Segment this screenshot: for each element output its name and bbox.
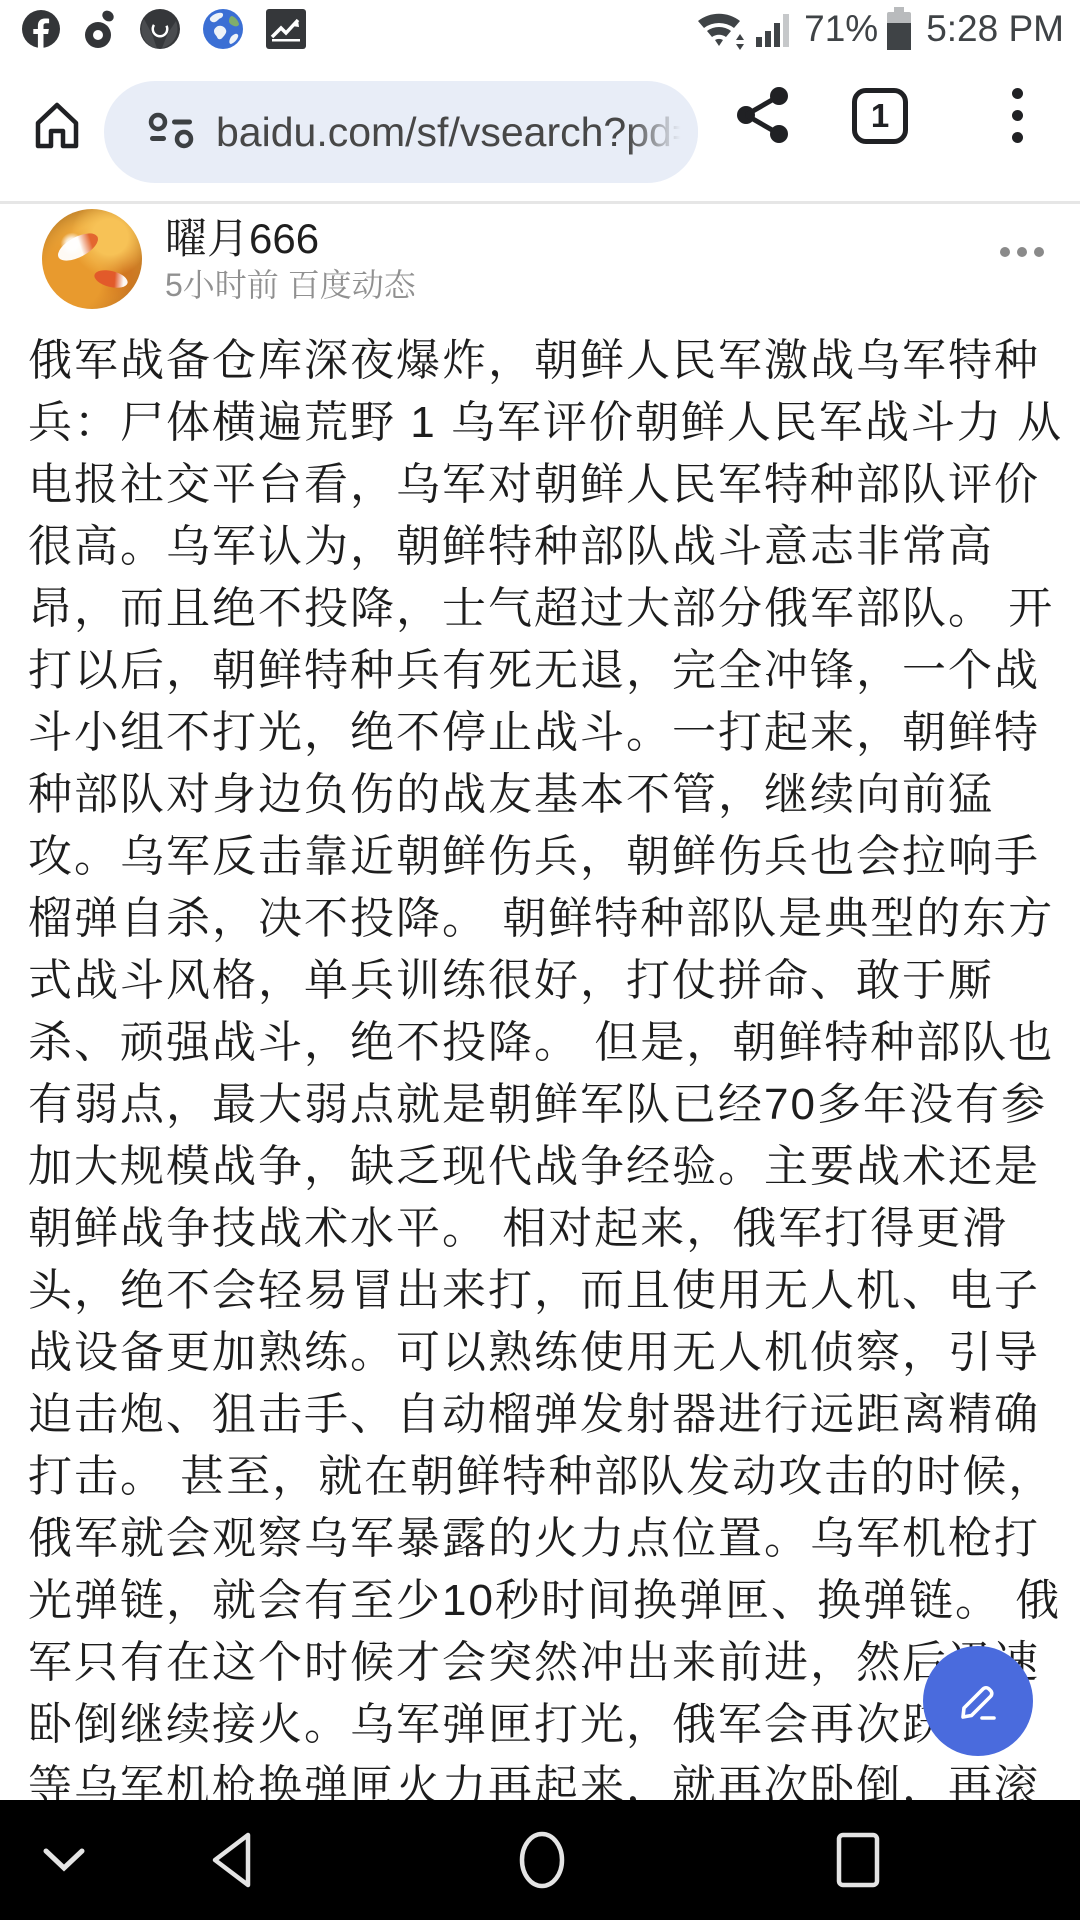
post-header: 曜月666 5小时前 百度动态 <box>0 204 1080 314</box>
post-text-line: 有弱点，最大弱点就是朝鲜军队已经70多年没有参 <box>28 1074 1054 1136</box>
post-text-line: 卧倒继续接火。乌军弹匣打光，俄军会再次跃进 <box>28 1694 1054 1756</box>
post-text-line: 打以后，朝鲜特种兵有死无退，完全冲锋，一个战 <box>28 640 1054 702</box>
post-text-line: 迫击炮、狙击手、自动榴弹发射器进行远距离精确 <box>28 1384 1054 1446</box>
notification-icons <box>22 8 306 50</box>
post-text-line: 朝鲜战争技战术水平。 相对起来，俄军打得更滑 <box>28 1198 1054 1260</box>
post-text-line: 打击。 甚至，就在朝鲜特种部队发动攻击的时候， <box>28 1446 1054 1508</box>
pin-icon <box>82 9 118 49</box>
home-icon[interactable] <box>30 98 84 152</box>
edit-pen-icon <box>952 1675 1004 1727</box>
status-bar: 71% 5:28 PM <box>0 0 1080 56</box>
post-text-line: 种部队对身边负伤的战友基本不管，继续向前猛 <box>28 764 1054 826</box>
stats-icon <box>266 9 306 49</box>
tab-count: 1 <box>871 97 889 135</box>
post-text-line: 兵：尸体横遍荒野 1 乌军评价朝鲜人民军战斗力 从 <box>28 392 1054 454</box>
url-text: baidu.com/sf/vsearch?pd= <box>216 109 696 156</box>
post-text-line: 攻。乌军反击靠近朝鲜伤兵，朝鲜伤兵也会拉响手 <box>28 826 1054 888</box>
clock: 5:28 PM <box>926 8 1064 50</box>
phone-screen: 71% 5:28 PM baidu.com/sf/vsearch?pd= 1 曜… <box>0 0 1080 1920</box>
browser-menu-button[interactable] <box>1012 88 1022 154</box>
avatar[interactable] <box>42 209 142 309</box>
more-options-icon[interactable] <box>1000 247 1044 257</box>
post-text-line: 头，绝不会轻易冒出来打，而且使用无人机、电子 <box>28 1260 1054 1322</box>
post-text-line: 很高。乌军认为，朝鲜特种部队战斗意志非常高 <box>28 516 1054 578</box>
post-text-line: 加大规模战争，缺乏现代战争经验。主要战术还是 <box>28 1136 1054 1198</box>
post-text-line: 昂，而且绝不投降，士气超过大部分俄军部队。 开 <box>28 578 1054 640</box>
url-bar[interactable]: baidu.com/sf/vsearch?pd= <box>104 81 698 183</box>
home-circle-icon[interactable] <box>514 1800 570 1920</box>
post-text-line: 战设备更加熟练。可以熟练使用无人机侦察，引导 <box>28 1322 1054 1384</box>
navigation-bar <box>0 1800 1080 1920</box>
url-fade <box>628 81 698 183</box>
battery-percent: 71% <box>804 8 878 50</box>
post-text-line: 光弹链，就会有至少10秒时间换弹匣、换弹链。 俄 <box>28 1570 1054 1632</box>
system-status: 71% 5:28 PM <box>696 6 1064 52</box>
recents-square-icon[interactable] <box>830 1800 886 1920</box>
signal-icon <box>756 9 796 49</box>
post-text-line: 斗小组不打光，绝不停止战斗。一打起来，朝鲜特 <box>28 702 1054 764</box>
post-meta: 5小时前 百度动态 <box>165 260 416 306</box>
wifi-icon <box>696 8 748 50</box>
facebook-icon <box>22 10 60 48</box>
back-icon[interactable] <box>203 1800 259 1920</box>
browser-toolbar: baidu.com/sf/vsearch?pd= 1 <box>0 56 1080 203</box>
tab-switcher-button[interactable]: 1 <box>852 88 908 144</box>
globe-icon <box>202 8 244 50</box>
post-text-line: 电报社交平台看，乌军对朝鲜人民军特种部队评价 <box>28 454 1054 516</box>
post-text-line: 榴弹自杀，决不投降。 朝鲜特种部队是典型的东方 <box>28 888 1054 950</box>
post-text-line: 俄军就会观察乌军暴露的火力点位置。乌军机枪打 <box>28 1508 1054 1570</box>
post-body: 俄军战备仓库深夜爆炸，朝鲜人民军激战乌军特种兵：尸体横遍荒野 1 乌军评价朝鲜人… <box>28 330 1054 1818</box>
edit-fab[interactable] <box>923 1646 1033 1756</box>
site-controls-icon[interactable] <box>148 109 194 155</box>
chrome-icon <box>140 9 180 49</box>
author-name[interactable]: 曜月666 <box>165 206 319 266</box>
post-text-line: 军只有在这个时候才会突然冲出来前进，然后迅速 <box>28 1632 1054 1694</box>
post-text-line: 式战斗风格，单兵训练很好，打仗拼命、敢于厮 <box>28 950 1054 1012</box>
post-text-line: 杀、顽强战斗，绝不投降。 但是，朝鲜特种部队也 <box>28 1012 1054 1074</box>
battery-icon <box>886 7 912 51</box>
chevron-down-icon[interactable] <box>36 1800 92 1920</box>
post-text-line: 俄军战备仓库深夜爆炸，朝鲜人民军激战乌军特种 <box>28 330 1054 392</box>
